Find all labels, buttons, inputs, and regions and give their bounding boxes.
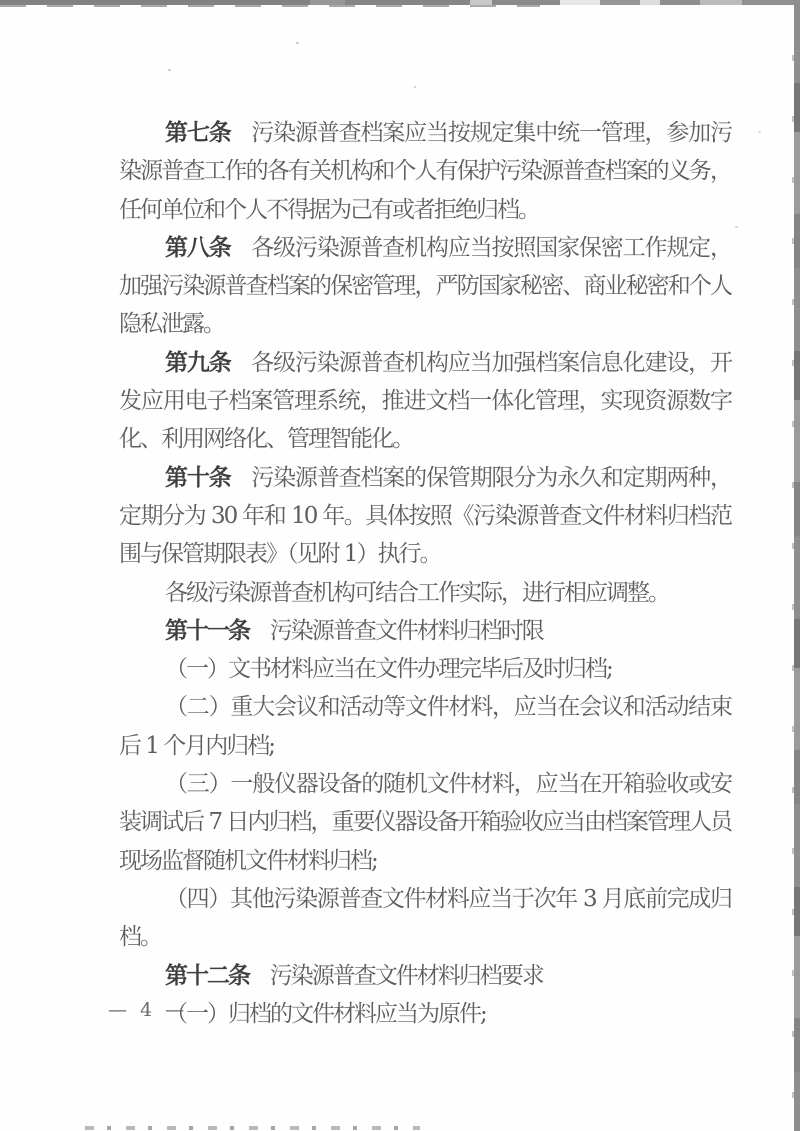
document-page: 第七条污染源普查档案应当按规定集中统一管理，参加污染源普查工作的各有关机构和个人… xyxy=(0,0,800,1131)
scan-edge-right-artifact xyxy=(794,0,800,1131)
paragraph: 第十一条污染源普查文件材料归档时限 xyxy=(119,612,731,650)
paragraph: 第九条各级污染源普查机构应当加强档案信息化建设，开发应用电子档案管理系统，推进文… xyxy=(119,344,731,459)
article-number: 第十条 xyxy=(165,464,231,491)
article-number: 第十一条 xyxy=(165,617,249,644)
page-number: 4 xyxy=(140,999,152,1021)
article-number: 第九条 xyxy=(165,349,231,376)
scan-speck xyxy=(735,226,738,228)
document-body: 第七条污染源普查档案应当按规定集中统一管理，参加污染源普查工作的各有关机构和个人… xyxy=(119,114,731,1033)
paragraph-text: （二）重大会议和活动等文件材料，应当在会议和活动结束后 1 个月内归档; xyxy=(119,694,731,758)
paragraph-text: 污染源普查文件材料归档要求 xyxy=(270,963,543,989)
paragraph: （四）其他污染源普查文件材料应当于次年 3 月底前完成归档。 xyxy=(119,880,731,957)
paragraph: （三）一般仪器设备的随机文件材料，应当在开箱验收或安装调试后 7 日内归档，重要… xyxy=(119,765,731,880)
scan-speck xyxy=(296,42,299,44)
article-number: 第七条 xyxy=(165,119,231,146)
paragraph: （一）文书材料应当在文件办理完毕后及时归档; xyxy=(119,650,731,688)
article-number: 第八条 xyxy=(165,234,231,261)
paragraph: 第十二条污染源普查文件材料归档要求 xyxy=(119,957,731,995)
paragraph-text: （一）归档的文件材料应当为原件; xyxy=(165,1001,486,1027)
paragraph-text: （三）一般仪器设备的随机文件材料，应当在开箱验收或安装调试后 7 日内归档，重要… xyxy=(119,771,731,874)
scan-speck xyxy=(758,131,761,133)
paragraph: 各级污染源普查机构可结合工作实际，进行相应调整。 xyxy=(119,574,731,612)
scan-speck xyxy=(414,86,416,88)
paragraph: （一）归档的文件材料应当为原件; xyxy=(119,995,731,1033)
footer-dash-right: — xyxy=(165,999,184,1021)
page-number-footer: — 4 — xyxy=(108,999,184,1021)
scan-speck xyxy=(168,69,171,71)
paragraph-text: （一）文书材料应当在文件办理完毕后及时归档; xyxy=(165,656,612,682)
scan-noise-bottom-artifact xyxy=(85,1126,420,1130)
paragraph: （二）重大会议和活动等文件材料，应当在会议和活动结束后 1 个月内归档; xyxy=(119,688,731,765)
paragraph-text: 各级污染源普查机构可结合工作实际，进行相应调整。 xyxy=(165,580,669,606)
paragraph: 第八条各级污染源普查机构应当按照国家保密工作规定，加强污染源普查档案的保密管理，… xyxy=(119,229,731,344)
article-number: 第十二条 xyxy=(165,962,249,989)
footer-dash-left: — xyxy=(108,999,127,1021)
paragraph-text: 污染源普查文件材料归档时限 xyxy=(270,618,543,644)
paragraph-text: （四）其他污染源普查文件材料应当于次年 3 月底前完成归档。 xyxy=(119,886,731,950)
scan-edge-top-artifact xyxy=(0,0,800,5)
paragraph: 第十条污染源普查档案的保管期限分为永久和定期两种，定期分为 30 年和 10 年… xyxy=(119,459,731,574)
paragraph: 第七条污染源普查档案应当按规定集中统一管理，参加污染源普查工作的各有关机构和个人… xyxy=(119,114,731,229)
